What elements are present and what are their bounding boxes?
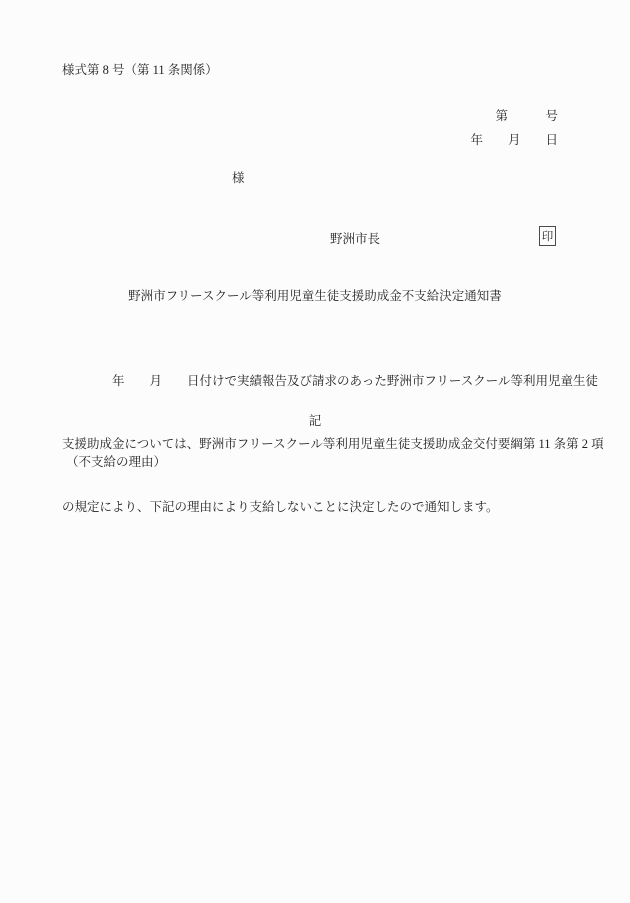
date-line: 年 月 日 (470, 130, 558, 148)
addressee-honorific: 様 (232, 168, 245, 186)
seal-label: 印 (542, 228, 554, 244)
document-number-line: 第 号 (495, 106, 558, 124)
document-title: 野洲市フリースクール等利用児童生徒支援助成金不支給決定通知書 (0, 286, 630, 304)
body-paragraph: 年 月 日付けで実績報告及び請求のあった野洲市フリースクール等利用児童生徒 支援… (62, 329, 582, 560)
body-line: 年 月 日付けで実績報告及び請求のあった野洲市フリースクール等利用児童生徒 (62, 371, 582, 392)
document-page: 様式第 8 号（第 11 条関係） 第 号 年 月 日 様 野洲市長 印 野洲市… (0, 0, 630, 903)
seal-box: 印 (539, 226, 556, 246)
body-line: の規定により、下記の理由により支給しないことに決定したので通知します。 (62, 497, 582, 518)
section-marker: 記 (0, 411, 630, 429)
sender-name: 野洲市長 (330, 229, 380, 247)
reason-label: （不支給の理由） (66, 452, 166, 470)
form-number: 様式第 8 号（第 11 条関係） (62, 60, 218, 78)
